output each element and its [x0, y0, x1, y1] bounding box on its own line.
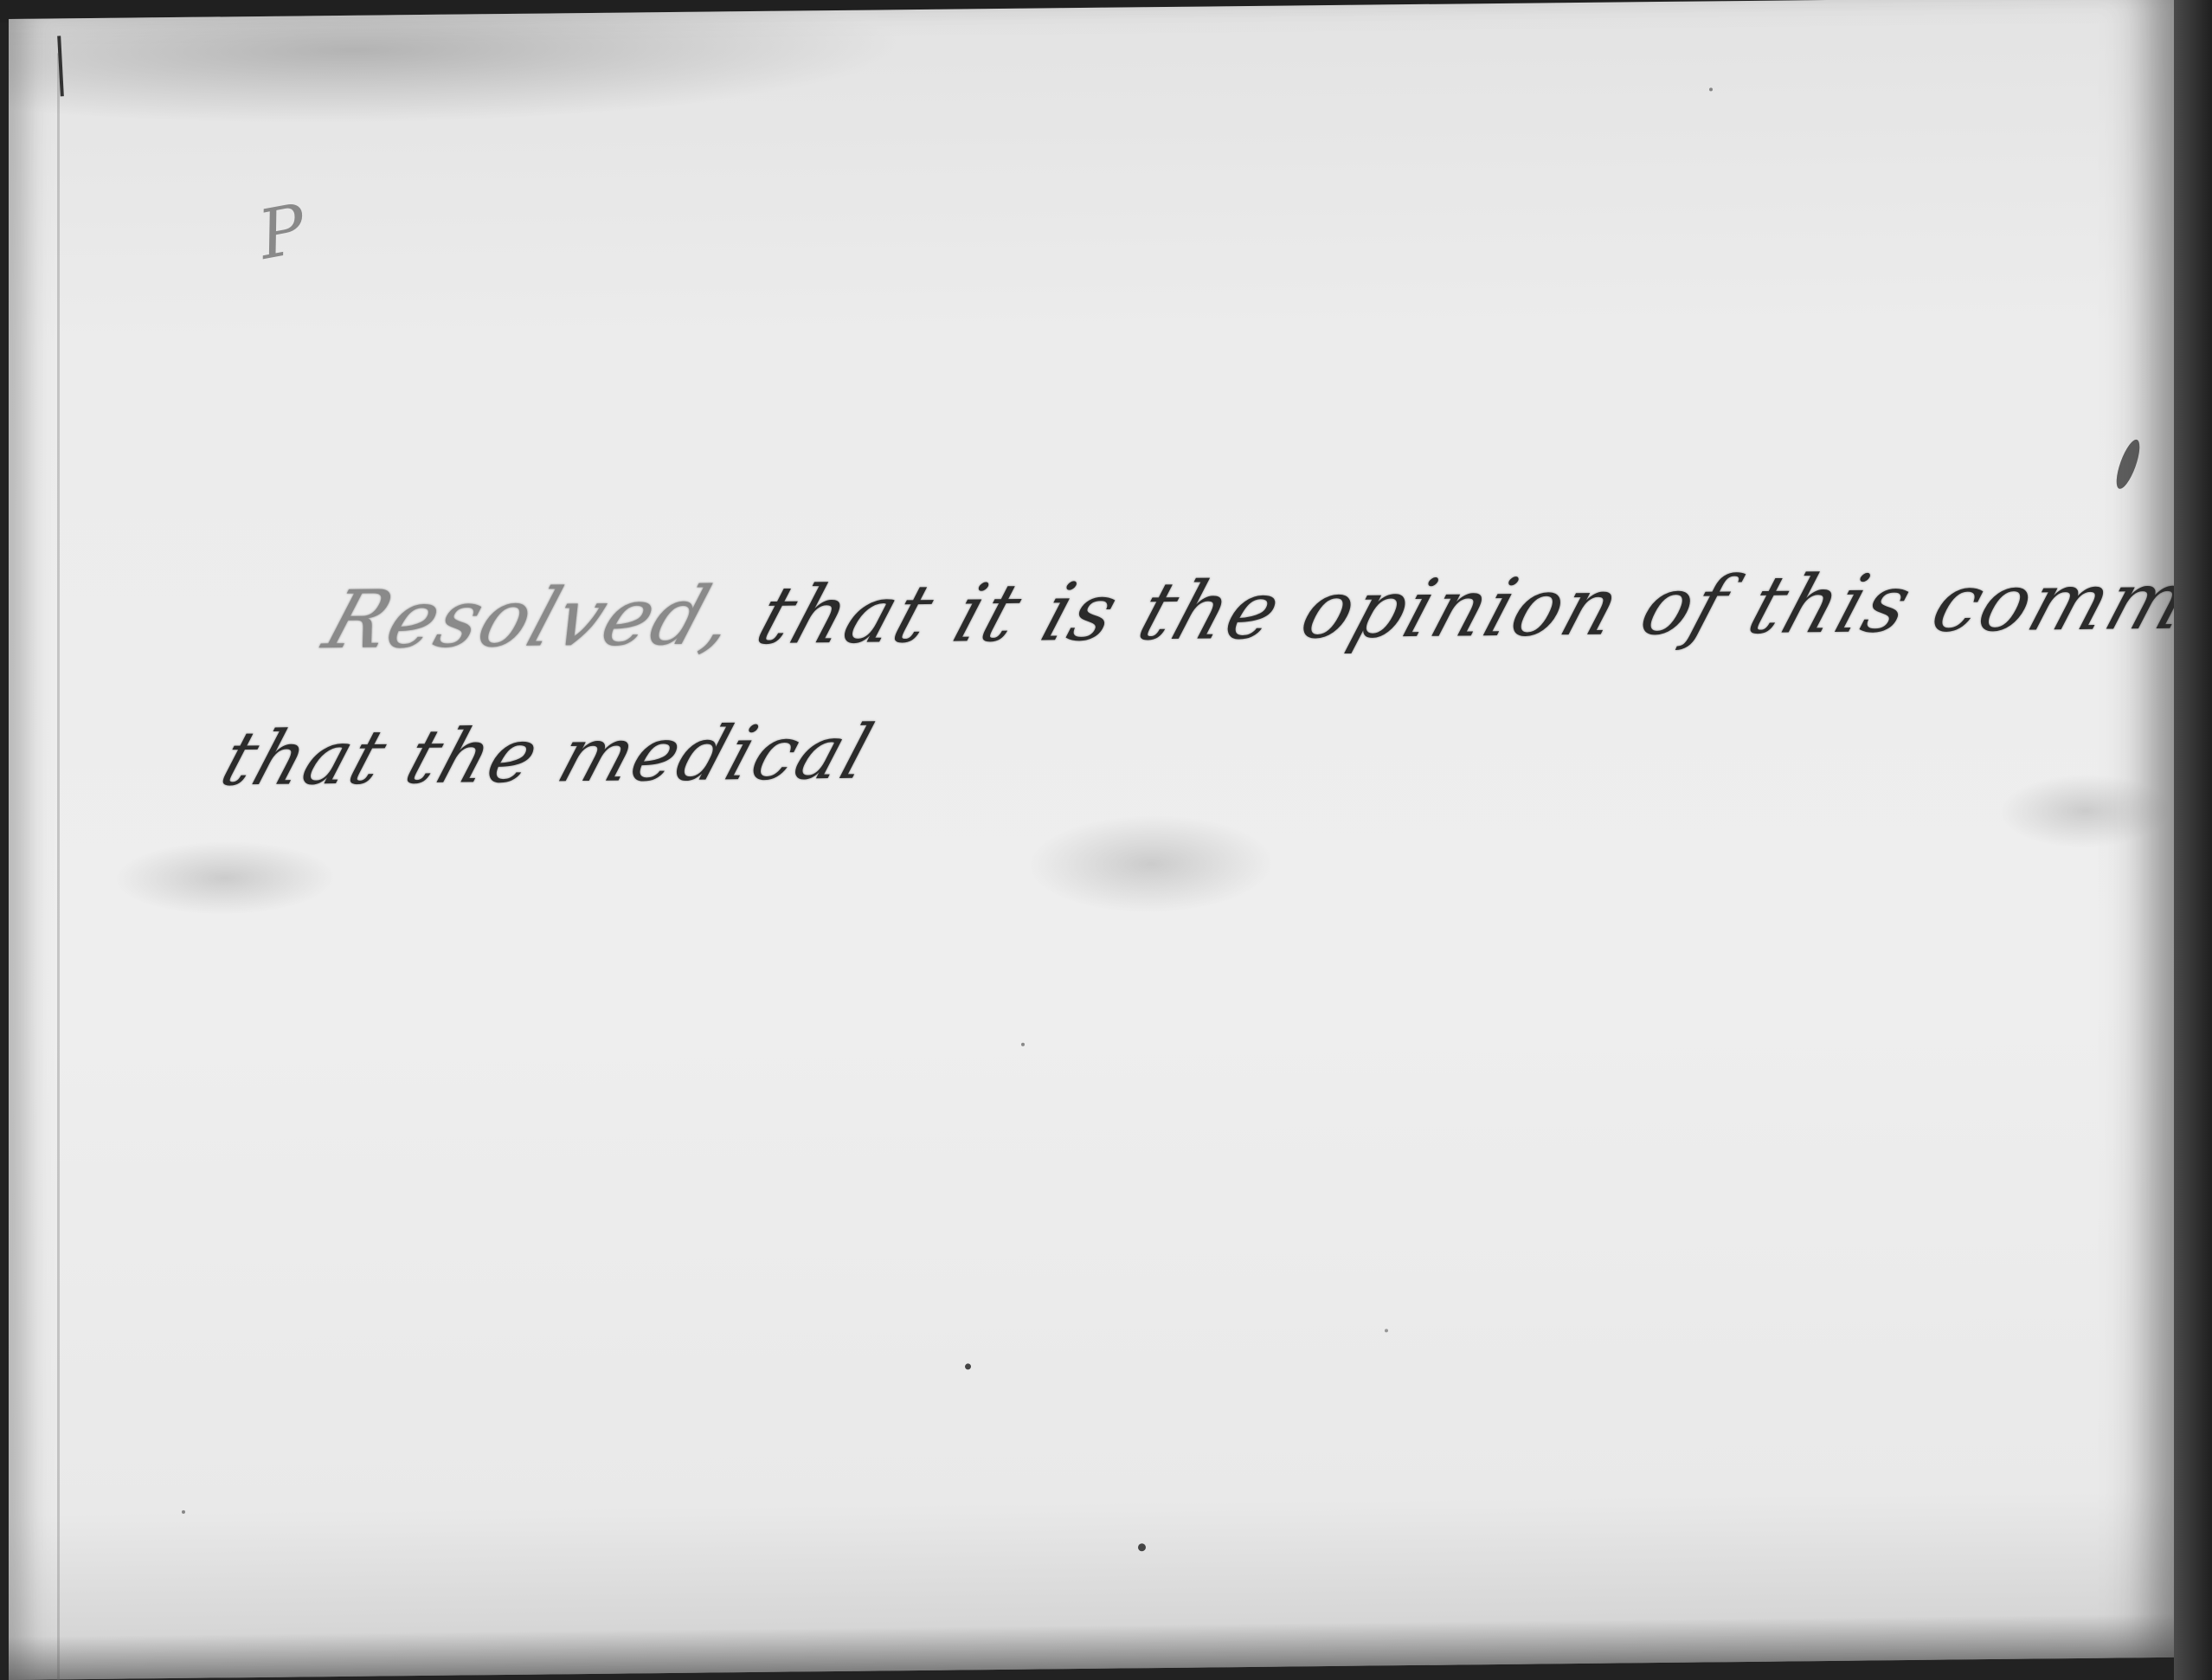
scan-right-border: [2174, 0, 2212, 1680]
speck: [1709, 87, 1713, 91]
ink-blot: [2112, 437, 2144, 492]
handwritten-line-1: Resolved, that it is the opinion of this…: [314, 552, 2212, 666]
document-scan: P Resolved, that it is the opinion of th…: [0, 0, 2212, 1680]
manuscript-page: P Resolved, that it is the opinion of th…: [9, 0, 2177, 1680]
speck: [1138, 1543, 1146, 1551]
speck: [965, 1363, 971, 1369]
left-margin-rule: [57, 53, 60, 1680]
margin-mark-p: P: [254, 190, 312, 275]
speck: [1385, 1329, 1388, 1332]
line-1-text: that it is the opinion of this committee…: [719, 552, 2212, 663]
resolved-word: Resolved,: [314, 570, 749, 666]
speck: [1021, 1043, 1025, 1046]
page-bottom-shadow: [9, 1614, 2177, 1680]
line-2-text: that the medical: [211, 709, 884, 802]
handwritten-line-2: that the medical: [211, 709, 884, 802]
speck: [182, 1510, 185, 1514]
